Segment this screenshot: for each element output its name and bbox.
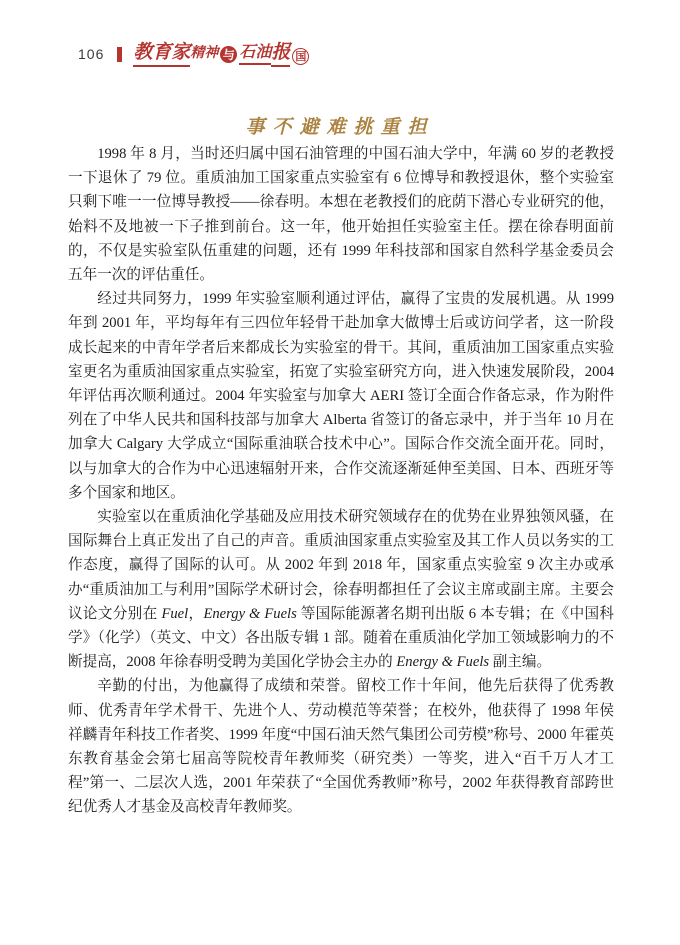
logo-seal-guo-icon: 国 — [292, 48, 309, 65]
paragraph-text: 1998 年 8 月，当时还归属中国石油管理的中国石油大学中，年满 60 岁的老… — [68, 146, 614, 283]
article-title: 事不避难挑重担 — [0, 112, 680, 139]
logo-text-jingshen: 精神 — [190, 45, 218, 63]
logo-text-shiyou: 石油 — [239, 44, 271, 65]
paragraph-text: ， — [188, 606, 203, 622]
page-number: 106 — [78, 46, 104, 62]
logo-seal-yu-icon: 与 — [220, 46, 237, 63]
paragraph-text: 副主编。 — [489, 654, 551, 670]
article-body: 1998 年 8 月，当时还归属中国石油管理的中国石油大学中，年满 60 岁的老… — [68, 142, 614, 820]
paragraph: 经过共同努力，1999 年实验室顺利通过评估，赢得了宝贵的发展机遇。从 1999… — [68, 287, 614, 505]
page-header: 106 教育家 精神 与 石油 报 国 — [78, 40, 309, 68]
paragraph: 实验室以在重质油化学基础及应用技术研究领域存在的优势在业界独领风骚，在国际舞台上… — [68, 505, 614, 674]
paragraph: 辛勤的付出，为他赢得了成绩和荣誉。留校工作十年间，他先后获得了优秀教师、优秀青年… — [68, 674, 614, 819]
paragraph: 1998 年 8 月，当时还归属中国石油管理的中国石油大学中，年满 60 岁的老… — [68, 142, 614, 287]
header-logo: 教育家 精神 与 石油 报 国 — [133, 42, 309, 67]
paragraph-text: 辛勤的付出，为他赢得了成绩和荣誉。留校工作十年间，他先后获得了优秀教师、优秀青年… — [68, 678, 614, 815]
header-divider-bar — [117, 47, 122, 62]
journal-name-italic: Energy & Fuels — [396, 654, 489, 670]
logo-text-bao: 报 — [271, 42, 290, 67]
document-page: 106 教育家 精神 与 石油 报 国 事不避难挑重担 1998 年 8 月，当… — [0, 0, 680, 945]
paragraph-text: 经过共同努力，1999 年实验室顺利通过评估，赢得了宝贵的发展机遇。从 1999… — [68, 291, 614, 501]
journal-name-italic: Energy & Fuels — [203, 606, 296, 622]
logo-text-jiaoyujia: 教育家 — [133, 42, 190, 67]
journal-name-italic: Fuel — [161, 606, 188, 622]
